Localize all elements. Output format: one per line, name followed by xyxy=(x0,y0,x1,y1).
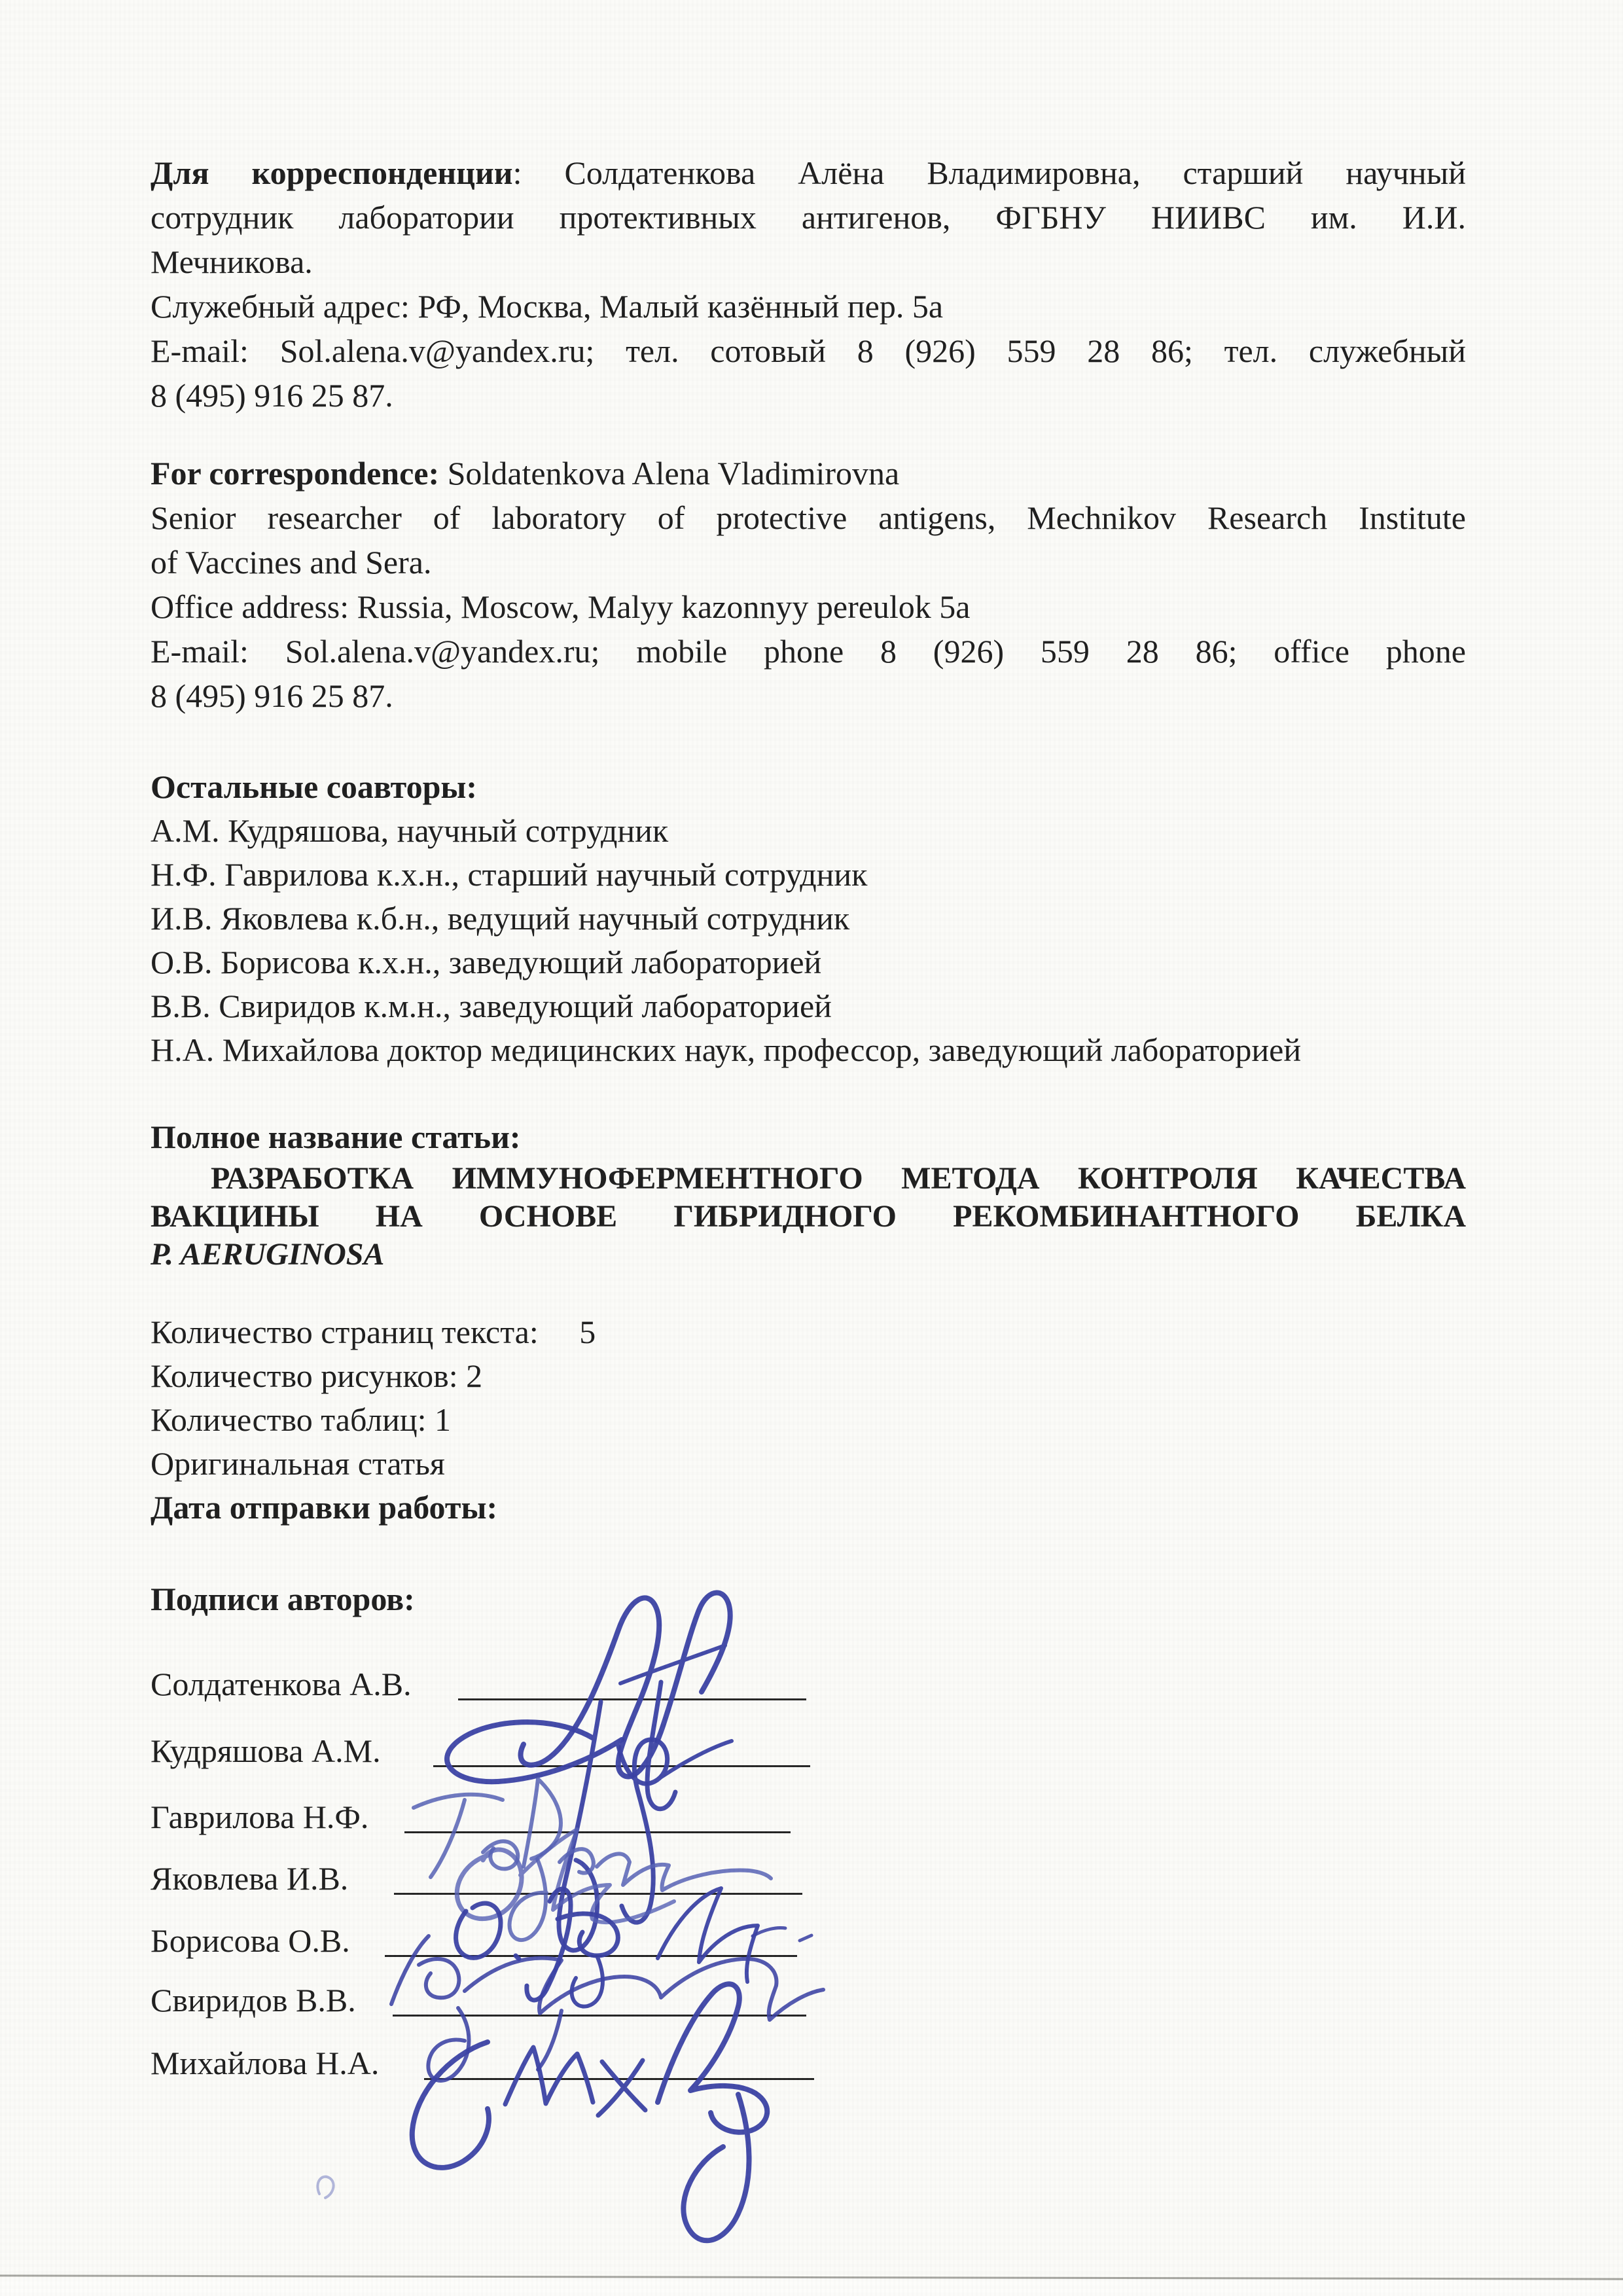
text-line: of Vaccines and Sera. xyxy=(151,540,1466,584)
coauthors-section: Остальные соавторы: А.М. Кудряшова, науч… xyxy=(151,765,1466,1072)
article-title-line: РАЗРАБОТКА ИММУНОФЕРМЕНТНОГО МЕТОДА КОНТ… xyxy=(151,1160,1466,1198)
article-title-section: Полное название статьи: РАЗРАБОТКА ИММУН… xyxy=(151,1115,1466,1274)
text-run: E-mail: Sol.alena.v@yandex.ru; mobile ph… xyxy=(151,633,1466,670)
text-run: E-mail: Sol.alena.v@yandex.ru; тел. сото… xyxy=(151,332,1466,369)
bold-lead: Для корреспонденции xyxy=(151,154,513,191)
signature-line xyxy=(393,2015,806,2017)
heading-text: Остальные соавторы: xyxy=(151,768,477,805)
text-run: Soldatenkova Alena Vladimirovna xyxy=(439,455,899,492)
text-line: 8 (495) 916 25 87. xyxy=(151,373,1466,418)
signature-kudryashova-icon xyxy=(447,1702,732,1950)
signature-line xyxy=(385,1955,797,1957)
text-line: For correspondence: Soldatenkova Alena V… xyxy=(151,451,1466,495)
signatures-heading: Подписи авторов: xyxy=(151,1577,1466,1621)
text-line: Служебный адрес: РФ, Москва, Малый казён… xyxy=(151,284,1466,329)
heading-text: Дата отправки работы: xyxy=(151,1489,497,1526)
signature-borisova-icon xyxy=(456,1888,758,2007)
signature-gavrilova-icon xyxy=(414,1779,771,1940)
text-run: Служебный адрес: РФ, Москва, Малый казён… xyxy=(151,288,943,325)
text-line: Office address: Russia, Moscow, Malyy ka… xyxy=(151,584,1466,629)
pages-count-line: Количество страниц текста: 5 xyxy=(151,1310,1466,1354)
text-line: Мечникова. xyxy=(151,240,1466,284)
text-run: of Vaccines and Sera. xyxy=(151,544,431,581)
article-title-heading: Полное название статьи: xyxy=(151,1115,1466,1160)
text-line: E-mail: Sol.alena.v@yandex.ru; mobile ph… xyxy=(151,629,1466,673)
text-line: 8 (495) 916 25 87. xyxy=(151,673,1466,718)
coauthor-item: И.В. Яковлева к.б.н., ведущий научный со… xyxy=(151,897,1466,941)
signature-label-yakovleva: Яковлева И.В. xyxy=(151,1859,348,1898)
correspondence-ru-section: Для корреспонденции: Солдатенкова Алёна … xyxy=(151,151,1466,418)
signature-line xyxy=(424,2078,814,2080)
text-line: E-mail: Sol.alena.v@yandex.ru; тел. сото… xyxy=(151,329,1466,373)
article-title-line: ВАКЦИНЫ НА ОСНОВЕ ГИБРИДНОГО РЕКОМБИНАНТ… xyxy=(151,1198,1466,1236)
signature-label-sviridov: Свиридов В.В. xyxy=(151,1981,356,2020)
text-line: Для корреспонденции: Солдатенкова Алёна … xyxy=(151,151,1466,195)
correspondence-en-section: For correspondence: Soldatenkova Alena V… xyxy=(151,451,1466,718)
figures-count-line: Количество рисунков: 2 xyxy=(151,1354,1466,1398)
signature-label-borisova: Борисова О.В. xyxy=(151,1921,350,1960)
coauthor-item: Н.Ф. Гаврилова к.х.н., старший научный с… xyxy=(151,853,1466,897)
coauthor-item: А.М. Кудряшова, научный сотрудник xyxy=(151,809,1466,853)
text-run: Мечникова. xyxy=(151,243,313,280)
text-run: 8 (495) 916 25 87. xyxy=(151,677,393,714)
stray-ink-mark-icon xyxy=(317,2177,333,2198)
text-run: : Солдатенкова Алёна Владимировна, старш… xyxy=(513,154,1466,191)
coauthor-item: В.В. Свиридов к.м.н., заведующий лаборат… xyxy=(151,984,1466,1028)
scan-edge-strip xyxy=(0,2278,1623,2296)
coauthor-item: Н.А. Михайлова доктор медицинских наук, … xyxy=(151,1028,1466,1072)
coauthors-heading: Остальные соавторы: xyxy=(151,765,1466,809)
submission-date-label: Дата отправки работы: xyxy=(151,1486,1466,1530)
heading-text: Полное название статьи: xyxy=(151,1119,521,1155)
text-line: Senior researcher of laboratory of prote… xyxy=(151,495,1466,540)
text-run: Senior researcher of laboratory of prote… xyxy=(151,499,1466,536)
signature-line xyxy=(404,1831,791,1833)
signature-label-soldatenkova: Солдатенкова А.В. xyxy=(151,1664,412,1704)
text-line: сотрудник лаборатории протективных антиг… xyxy=(151,195,1466,240)
signature-mikhailova-icon xyxy=(412,1984,768,2240)
signature-line xyxy=(433,1765,810,1767)
text-run: Office address: Russia, Moscow, Malyy ka… xyxy=(151,588,971,625)
signature-sviridov-icon xyxy=(391,1928,823,2081)
signature-soldatenkova-icon xyxy=(521,1592,730,1808)
signature-label-gavrilova: Гаврилова Н.Ф. xyxy=(151,1797,368,1837)
article-type-line: Оригинальная статья xyxy=(151,1442,1466,1486)
signatures-section: Подписи авторов: xyxy=(151,1577,1466,1621)
text-run: сотрудник лаборатории протективных антиг… xyxy=(151,199,1466,236)
heading-text: Подписи авторов: xyxy=(151,1581,415,1617)
signature-yakovleva-icon xyxy=(457,1829,674,1922)
article-title-species: P. AERUGINOSA xyxy=(151,1236,1466,1274)
text-run: 8 (495) 916 25 87. xyxy=(151,377,393,414)
signature-line xyxy=(394,1893,802,1895)
signature-line xyxy=(458,1698,806,1700)
coauthor-item: О.В. Борисова к.х.н., заведующий лаборат… xyxy=(151,941,1466,984)
scanned-document-page: Для корреспонденции: Солдатенкова Алёна … xyxy=(0,0,1623,2296)
manuscript-meta-section: Количество страниц текста: 5 Количество … xyxy=(151,1310,1466,1530)
bold-lead: For correspondence: xyxy=(151,455,439,492)
signature-label-kudryashova: Кудряшова А.М. xyxy=(151,1731,381,1770)
signature-label-mikhailova: Михайлова Н.А. xyxy=(151,2043,379,2083)
tables-count-line: Количество таблиц: 1 xyxy=(151,1398,1466,1442)
